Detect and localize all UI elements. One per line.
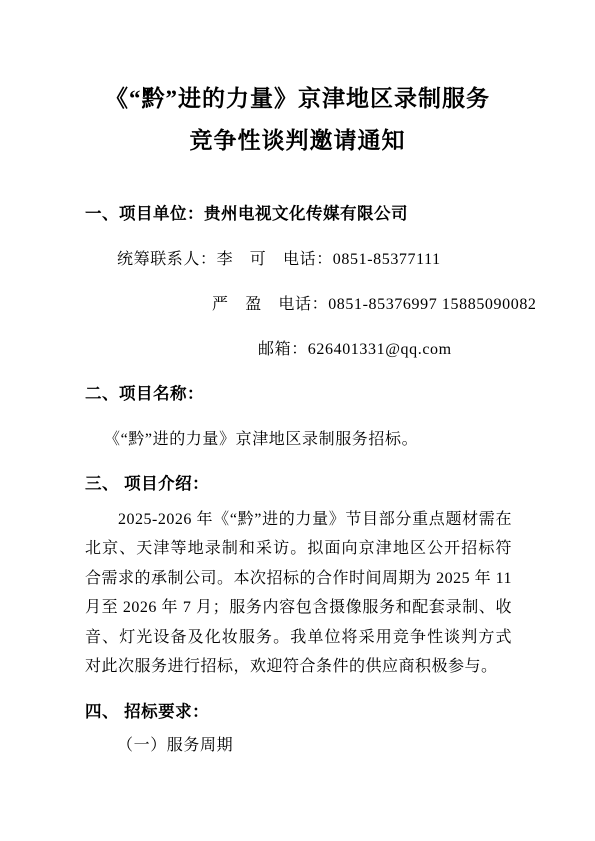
document-title-line-2: 竞争性谈判邀请通知 (0, 122, 595, 155)
section-1-heading-project-unit: 一、项目单位：贵州电视文化传媒有限公司 (85, 200, 408, 224)
section-2-heading-project-name: 二、项目名称： (85, 380, 204, 404)
contact-line-email: 邮箱：626401331@qq.com (258, 336, 452, 359)
section-4-heading-bid-requirements: 四、 招标要求： (85, 698, 209, 722)
contact-line-phone-2: 严 盈 电话：0851-85376997 15885090082 (212, 291, 537, 314)
section-3-heading-project-intro: 三、 项目介绍： (85, 470, 209, 494)
section-4-sub-1-service-period: （一）服务周期 (117, 732, 233, 755)
section-2-body-project-name: 《“黔”进的力量》京津地区录制服务招标。 (104, 426, 418, 449)
document-page: 《“黔”进的力量》京津地区录制服务 竞争性谈判邀请通知 一、项目单位：贵州电视文… (0, 0, 595, 841)
document-title-line-1: 《“黔”进的力量》京津地区录制服务 (0, 80, 595, 113)
section-3-body-project-intro: 2025-2026 年《“黔”进的力量》节目部分重点题材需在北京、天津等地录制和… (85, 505, 512, 681)
contact-line-coordinator: 统筹联系人：李 可 电话：0851-85377111 (117, 246, 441, 269)
